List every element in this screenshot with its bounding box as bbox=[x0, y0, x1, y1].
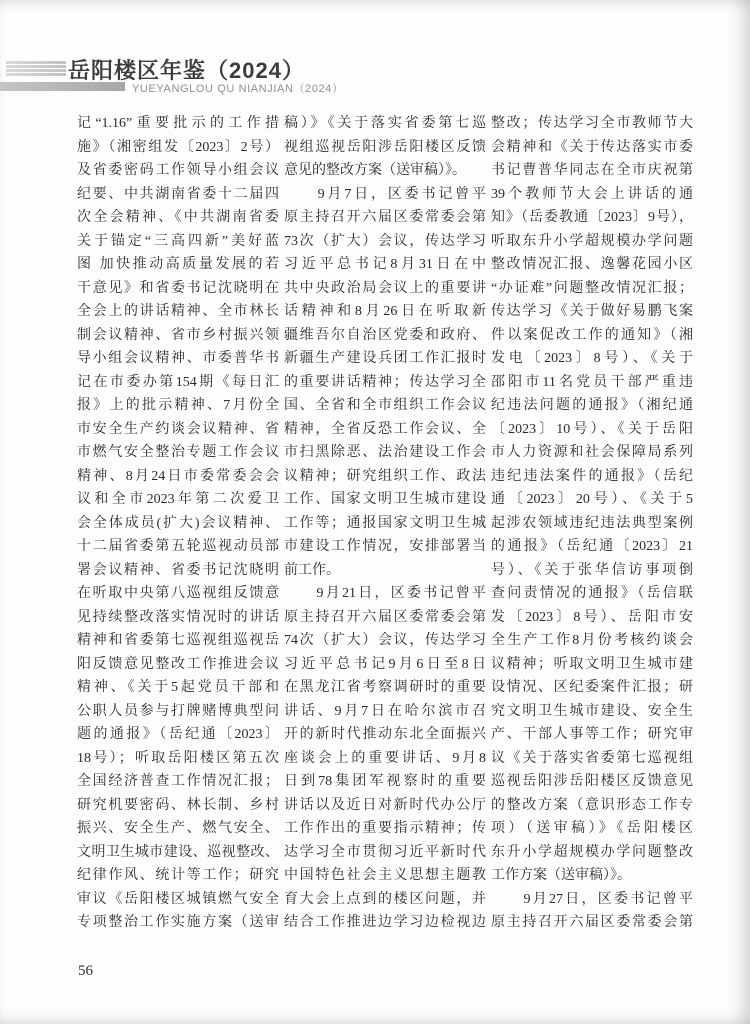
page-subtitle: YUEYANGLOU QU NIANJIAN（2024） bbox=[132, 80, 344, 96]
text-line: 违纪违法案件的通报》（岳纪 bbox=[491, 465, 693, 489]
text-line: 习近平总书记8月31日在中 bbox=[284, 253, 486, 277]
text-line: 中国特色社会主义思想主题教 bbox=[284, 864, 486, 888]
text-line: 纪律作风、统计等工作；研究 bbox=[77, 864, 279, 888]
text-line: 施》（湘密组发〔2023〕2号） bbox=[77, 136, 279, 160]
text-line: 视组巡视岳阳涉岳阳楼区反馈 bbox=[284, 136, 486, 160]
text-line: 议和全市2023年第二次爱卫 bbox=[77, 488, 279, 512]
text-line: 东升小学超规模办学问题整改 bbox=[491, 841, 693, 865]
text-line: 会精神和《关于传达落实市委 bbox=[491, 136, 693, 160]
text-line: 工作方案（送审稿）》。 bbox=[491, 864, 693, 888]
text-line: 74次（扩大）会议，传达学习 bbox=[284, 629, 486, 653]
text-line: 市安全生产约谈会议精神、省 bbox=[77, 418, 279, 442]
stripe bbox=[6, 65, 66, 68]
text-line: 听取东升小学超规模办学问题 bbox=[491, 230, 693, 254]
text-line: 达学习全市贯彻习近平新时代 bbox=[284, 841, 486, 865]
text-line: 的整改方案（意识形态工作专 bbox=[491, 794, 693, 818]
text-line: 记“1.16”重要批示的工作措 bbox=[77, 112, 279, 136]
text-line: 整改情况汇报、逸馨花园小区 bbox=[491, 253, 693, 277]
text-line: 〔2023〕10号）、《关于岳阳 bbox=[491, 418, 693, 442]
text-line: 书记曹普华同志在全市庆祝第 bbox=[491, 159, 693, 183]
text-line: 审议《岳阳楼区城镇燃气安全 bbox=[77, 888, 279, 912]
text-line: 开的新时代推动东北全面振兴 bbox=[284, 723, 486, 747]
text-line: 原主持召开六届区委常委会第 bbox=[284, 606, 486, 630]
text-column-3: 整改；传达学习全市教师节大会精神和《关于传达落实市委书记曹普华同志在全市庆祝第3… bbox=[491, 112, 693, 935]
text-line: 市建设工作情况，安排部署当 bbox=[284, 535, 486, 559]
text-line: 讲话、9月7日在哈尔滨市召 bbox=[284, 700, 486, 724]
text-line: 讲话以及近日对新时代办公厅 bbox=[284, 794, 486, 818]
text-columns: 记“1.16”重要批示的工作措施》（湘密组发〔2023〕2号）及省委密码工作领导… bbox=[77, 112, 693, 935]
text-line: 工作等；通报国家文明卫生城 bbox=[284, 512, 486, 536]
text-line: 39个教师节大会上讲话的通 bbox=[491, 183, 693, 207]
text-line: 原主持召开六届区委常委会第 bbox=[284, 206, 486, 230]
text-line: 号）、《关于张华信访事项倒 bbox=[491, 559, 693, 583]
text-line: 发电〔2023〕8号）、《关于 bbox=[491, 347, 693, 371]
text-line: 题的通报》（岳纪通〔2023〕 bbox=[77, 723, 279, 747]
text-line: 设情况、区纪委案件汇报；研 bbox=[491, 676, 693, 700]
text-line: 疆维吾尔自治区党委和政府、 bbox=[284, 324, 486, 348]
stripe bbox=[6, 69, 66, 72]
text-line: 共中央政治局会议上的重要讲 bbox=[284, 277, 486, 301]
text-line: 及省委密码工作领导小组会议 bbox=[77, 159, 279, 183]
text-line: 报》上的批示精神、7月份全 bbox=[77, 394, 279, 418]
text-line: 市人力资源和社会保障局系列 bbox=[491, 441, 693, 465]
text-line: 十二届省委第五轮巡视动员部 bbox=[77, 535, 279, 559]
text-line: 座谈会上的重要讲话、9月8 bbox=[284, 747, 486, 771]
text-line: 18号）；听取岳阳楼区第五次 bbox=[77, 747, 279, 771]
text-line: 原主持召开六届区委常委会第 bbox=[491, 911, 693, 935]
text-line: 话精神和8月26日在听取新 bbox=[284, 300, 486, 324]
text-line: 见持续整改落实情况时的讲话 bbox=[77, 606, 279, 630]
text-line: 前工作。 bbox=[284, 559, 486, 583]
text-line: 习近平总书记9月6日至8日 bbox=[284, 653, 486, 677]
text-line: 议精神；研究组织工作、政法 bbox=[284, 465, 486, 489]
text-line: 专项整治工作实施方案（送审 bbox=[77, 911, 279, 935]
text-line: 导小组会议精神、市委普华书 bbox=[77, 347, 279, 371]
text-line: 记在市委办第154期《每日汇 bbox=[77, 371, 279, 395]
text-line: 纪要、中共湖南省委十二届四 bbox=[77, 183, 279, 207]
text-line: 9月21日，区委书记曾平 bbox=[284, 582, 486, 606]
text-line: 市扫黑除恶、法治建设工作会 bbox=[284, 441, 486, 465]
text-line: 知》（岳委教通〔2023〕9号）， bbox=[491, 206, 693, 230]
header-bar bbox=[0, 82, 125, 91]
text-line: 精神，全省反恐工作会议、全 bbox=[284, 418, 486, 442]
text-line: 精神和省委第七巡视组巡视岳 bbox=[77, 629, 279, 653]
text-line: 在听取中央第八巡视组反馈意 bbox=[77, 582, 279, 606]
yearbook-page: 岳阳楼区年鉴（2024） YUEYANGLOU QU NIANJIAN（2024… bbox=[0, 0, 750, 1024]
text-line: 起涉农领域违纪违法典型案例 bbox=[491, 512, 693, 536]
stripe bbox=[6, 61, 66, 64]
text-line: 日到78集团军视察时的重要 bbox=[284, 770, 486, 794]
text-line: 会全体成员(扩大)会议精神、 bbox=[77, 512, 279, 536]
text-line: 精神、8月24日市委常委会会 bbox=[77, 465, 279, 489]
text-line: 工作作出的重要指示精神；传 bbox=[284, 817, 486, 841]
page-number: 56 bbox=[78, 963, 93, 980]
text-line: 的重要讲话精神；传达学习全 bbox=[284, 371, 486, 395]
text-line: 次全会精神、《中共湖南省委 bbox=[77, 206, 279, 230]
text-line: 究文明卫生城市建设、安全生 bbox=[491, 700, 693, 724]
text-line: 查问责情况的通报》（岳信联 bbox=[491, 582, 693, 606]
stripe bbox=[6, 73, 66, 76]
text-line: 整改；传达学习全市教师节大 bbox=[491, 112, 693, 136]
text-line: 意见的整改方案（送审稿）》。 bbox=[284, 159, 486, 183]
text-column-2: 稿）》《关于落实省委第七巡视组巡视岳阳涉岳阳楼区反馈意见的整改方案（送审稿）》。… bbox=[284, 112, 486, 935]
header-decorative-stripes bbox=[6, 61, 66, 77]
text-line: 9月27日，区委书记曾平 bbox=[491, 888, 693, 912]
text-line: 干意见》和省委书记沈晓明在 bbox=[77, 277, 279, 301]
text-line: 稿）》《关于落实省委第七巡 bbox=[284, 112, 486, 136]
text-line: 全国经济普查工作情况汇报； bbox=[77, 770, 279, 794]
text-line: 国、全省和全市组织工作会议 bbox=[284, 394, 486, 418]
text-line: “办证难”问题整改情况汇报； bbox=[491, 277, 693, 301]
text-line: 图 加快推动高质量发展的若 bbox=[77, 253, 279, 277]
text-line: 传达学习《关于做好易鹏飞案 bbox=[491, 300, 693, 324]
text-line: 市燃气安全整治专题工作会议 bbox=[77, 441, 279, 465]
text-line: 精神、《关于5起党员干部和 bbox=[77, 676, 279, 700]
text-line: 议《关于落实省委第七巡视组 bbox=[491, 747, 693, 771]
text-line: 阳反馈意见整改工作推进会议 bbox=[77, 653, 279, 677]
text-line: 育大会上点到的楼区问题，并 bbox=[284, 888, 486, 912]
text-line: 73次（扩大）会议，传达学习 bbox=[284, 230, 486, 254]
text-line: 工作、国家文明卫生城市建设 bbox=[284, 488, 486, 512]
page-header: 岳阳楼区年鉴（2024） YUEYANGLOU QU NIANJIAN（2024… bbox=[0, 54, 750, 106]
text-line: 全生产工作8月份考核约谈会 bbox=[491, 629, 693, 653]
text-line: 署会议精神、省委书记沈晓明 bbox=[77, 559, 279, 583]
text-line: 产、干部人事等工作；研究审 bbox=[491, 723, 693, 747]
text-line: 巡视岳阳涉岳阳楼区反馈意见 bbox=[491, 770, 693, 794]
text-line: 新疆生产建设兵团工作汇报时 bbox=[284, 347, 486, 371]
text-line: 公职人员参与打牌赌博典型问 bbox=[77, 700, 279, 724]
text-line: 件以案促改工作的通知》（湘 bbox=[491, 324, 693, 348]
text-line: 发〔2023〕8号）、岳阳市安 bbox=[491, 606, 693, 630]
text-line: 研究机要密码、林长制、乡村 bbox=[77, 794, 279, 818]
text-line: 制会议精神、省市乡村振兴领 bbox=[77, 324, 279, 348]
text-line: 全会上的讲话精神、全市林长 bbox=[77, 300, 279, 324]
text-line: 结合工作推进边学习边检视边 bbox=[284, 911, 486, 935]
text-line: 邵阳市11名党员干部严重违 bbox=[491, 371, 693, 395]
text-line: 纪违法问题的通报》（湘纪通 bbox=[491, 394, 693, 418]
text-line: 文明卫生城市建设、巡视整改、 bbox=[77, 841, 279, 865]
text-line: 通〔2023〕20号）、《关于5 bbox=[491, 488, 693, 512]
text-line: 项）（送审稿）》《岳阳楼区 bbox=[491, 817, 693, 841]
text-column-1: 记“1.16”重要批示的工作措施》（湘密组发〔2023〕2号）及省委密码工作领导… bbox=[77, 112, 279, 935]
text-line: 9月7日，区委书记曾平 bbox=[284, 183, 486, 207]
text-line: 关于锚定“三高四新”美好蓝 bbox=[77, 230, 279, 254]
text-line: 在黑龙江省考察调研时的重要 bbox=[284, 676, 486, 700]
text-line: 振兴、安全生产、燃气安全、 bbox=[77, 817, 279, 841]
text-line: 议精神；听取文明卫生城市建 bbox=[491, 653, 693, 677]
text-line: 的通报》（岳纪通〔2023〕21 bbox=[491, 535, 693, 559]
